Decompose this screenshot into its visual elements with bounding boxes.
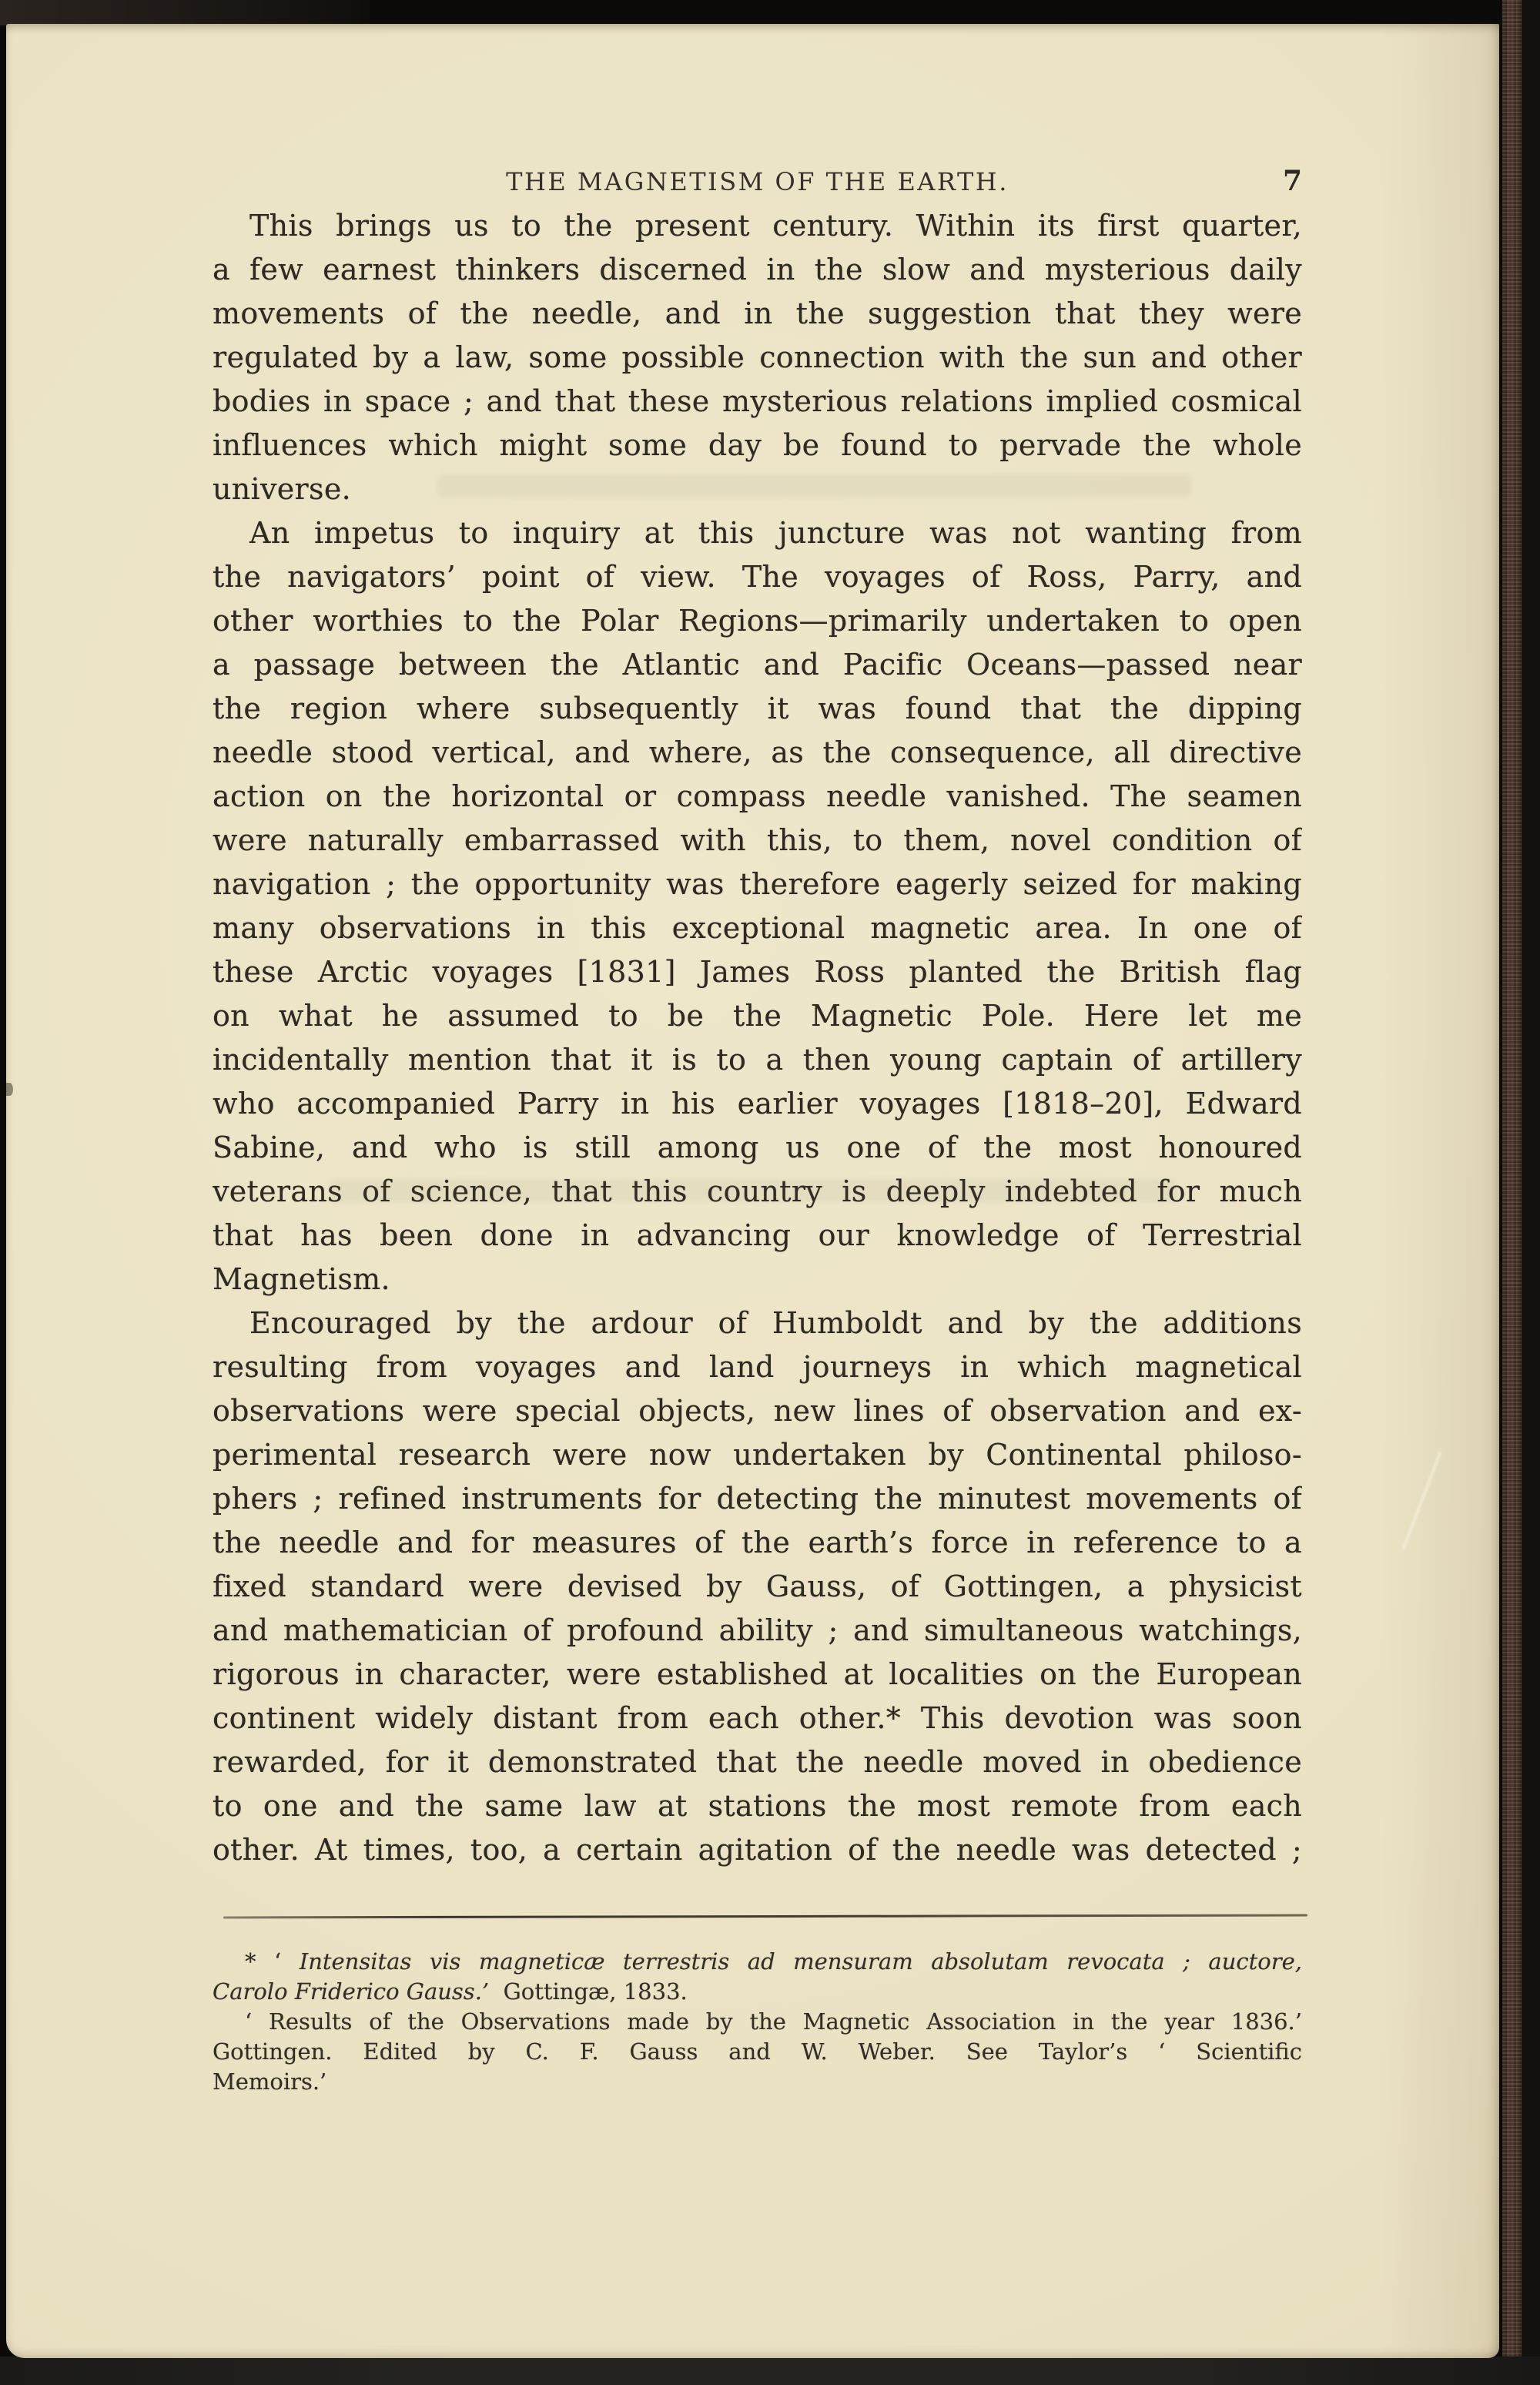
footnote-text: * ‘: [245, 1948, 300, 1975]
page-crease-artifact: [1402, 1452, 1441, 1549]
running-head: THE MAGNETISM OF THE EARTH.: [213, 167, 1302, 196]
book-cover-top-edge: [0, 0, 370, 25]
footnote-separator-rule: [223, 1914, 1307, 1919]
text-line: who accompanied Parry in his earlier voy…: [213, 1082, 1302, 1126]
footnote-line: Gottingen. Edited by C. F. Gauss and W. …: [213, 2037, 1302, 2067]
show-through-artifact: [437, 474, 1192, 497]
text-line: to one and the same law at stations the …: [213, 1784, 1302, 1828]
text-line: regulated by a law, some possible connec…: [213, 336, 1302, 380]
text-line: resulting from voyages and land journeys…: [213, 1345, 1302, 1389]
text-line: the needle and for measures of the earth…: [213, 1521, 1302, 1565]
text-line: the navigators’ point of view. The voyag…: [213, 555, 1302, 599]
footnote-italic-text: Intensitas vis magneticæ terrestris ad m…: [300, 1948, 1302, 1975]
show-through-artifact: [330, 1179, 1177, 1202]
text-line: perimental research were now undertaken …: [213, 1433, 1302, 1477]
text-line: that has been done in advancing our know…: [213, 1214, 1302, 1258]
text-line: a passage between the Atlantic and Pacif…: [213, 643, 1302, 687]
text-line: observations were special objects, new l…: [213, 1389, 1302, 1433]
background-bottom: [0, 2357, 1540, 2385]
text-line: other worthies to the Polar Regions—prim…: [213, 599, 1302, 643]
text-line: and mathematician of profound ability ; …: [213, 1609, 1302, 1653]
footnote-text: Memoirs.’: [213, 2068, 326, 2095]
page-header: THE MAGNETISM OF THE EARTH. 7: [213, 167, 1302, 206]
footnote-text: Gottingæ, 1833.: [489, 1978, 688, 2005]
text-line: phers ; refined instruments for detectin…: [213, 1477, 1302, 1521]
text-line: on what he assumed to be the Magnetic Po…: [213, 994, 1302, 1038]
text-line: movements of the needle, and in the sugg…: [213, 292, 1302, 336]
footnote-text: Gottingen. Edited by C. F. Gauss and W. …: [213, 2038, 1302, 2065]
text-line: rewarded, for it demonstrated that the n…: [213, 1740, 1302, 1784]
text-line: a few earnest thinkers discerned in the …: [213, 248, 1302, 292]
background-right: [1522, 0, 1540, 2385]
body-text: This brings us to the present century. W…: [213, 204, 1302, 1872]
text-line: incidentally mention that it is to a the…: [213, 1038, 1302, 1082]
text-line: the region where subsequently it was fou…: [213, 687, 1302, 731]
scan-speck-artifact: [6, 1083, 13, 1096]
text-line: many observations in this exceptional ma…: [213, 906, 1302, 950]
text-line: Encouraged by the ardour of Humboldt and…: [213, 1301, 1302, 1345]
footnote-italic-text: Carolo Friderico Gauss.’: [213, 1978, 489, 2005]
text-line: Sabine, and who is still among us one of…: [213, 1126, 1302, 1170]
scanned-book-page-photo: THE MAGNETISM OF THE EARTH. 7 This bring…: [0, 0, 1540, 2385]
text-line: bodies in space ; and that these mysteri…: [213, 380, 1302, 424]
footnote: * ‘ Intensitas vis magneticæ terrestris …: [213, 1947, 1302, 2097]
footnote-line: * ‘ Intensitas vis magneticæ terrestris …: [213, 1947, 1302, 1977]
text-line: other. At times, too, a certain agitatio…: [213, 1828, 1302, 1872]
book-binding-edge: [1502, 0, 1522, 2385]
footnote-line: Memoirs.’: [213, 2067, 1302, 2097]
text-line: An impetus to inquiry at this juncture w…: [213, 511, 1302, 555]
text-line: continent widely distant from each other…: [213, 1697, 1302, 1740]
footnote-line: ‘ Results of the Observations made by th…: [213, 2007, 1302, 2037]
book-page: THE MAGNETISM OF THE EARTH. 7 This bring…: [6, 24, 1499, 2358]
text-line: were naturally embarrassed with this, to…: [213, 819, 1302, 863]
page-number: 7: [1283, 165, 1302, 197]
text-line: This brings us to the present century. W…: [213, 204, 1302, 248]
text-line: rigorous in character, were established …: [213, 1653, 1302, 1697]
text-line: influences which might some day be found…: [213, 424, 1302, 467]
text-line: navigation ; the opportunity was therefo…: [213, 863, 1302, 906]
footnote-text: ‘ Results of the Observations made by th…: [245, 2008, 1302, 2035]
text-line: fixed standard were devised by Gauss, of…: [213, 1565, 1302, 1609]
text-line: action on the horizontal or compass need…: [213, 775, 1302, 819]
text-line: these Arctic voyages [1831] James Ross p…: [213, 950, 1302, 994]
text-line: needle stood vertical, and where, as the…: [213, 731, 1302, 775]
footnote-line: Carolo Friderico Gauss.’ Gottingæ, 1833.: [213, 1977, 1302, 2007]
text-line: Magnetism.: [213, 1258, 1302, 1301]
